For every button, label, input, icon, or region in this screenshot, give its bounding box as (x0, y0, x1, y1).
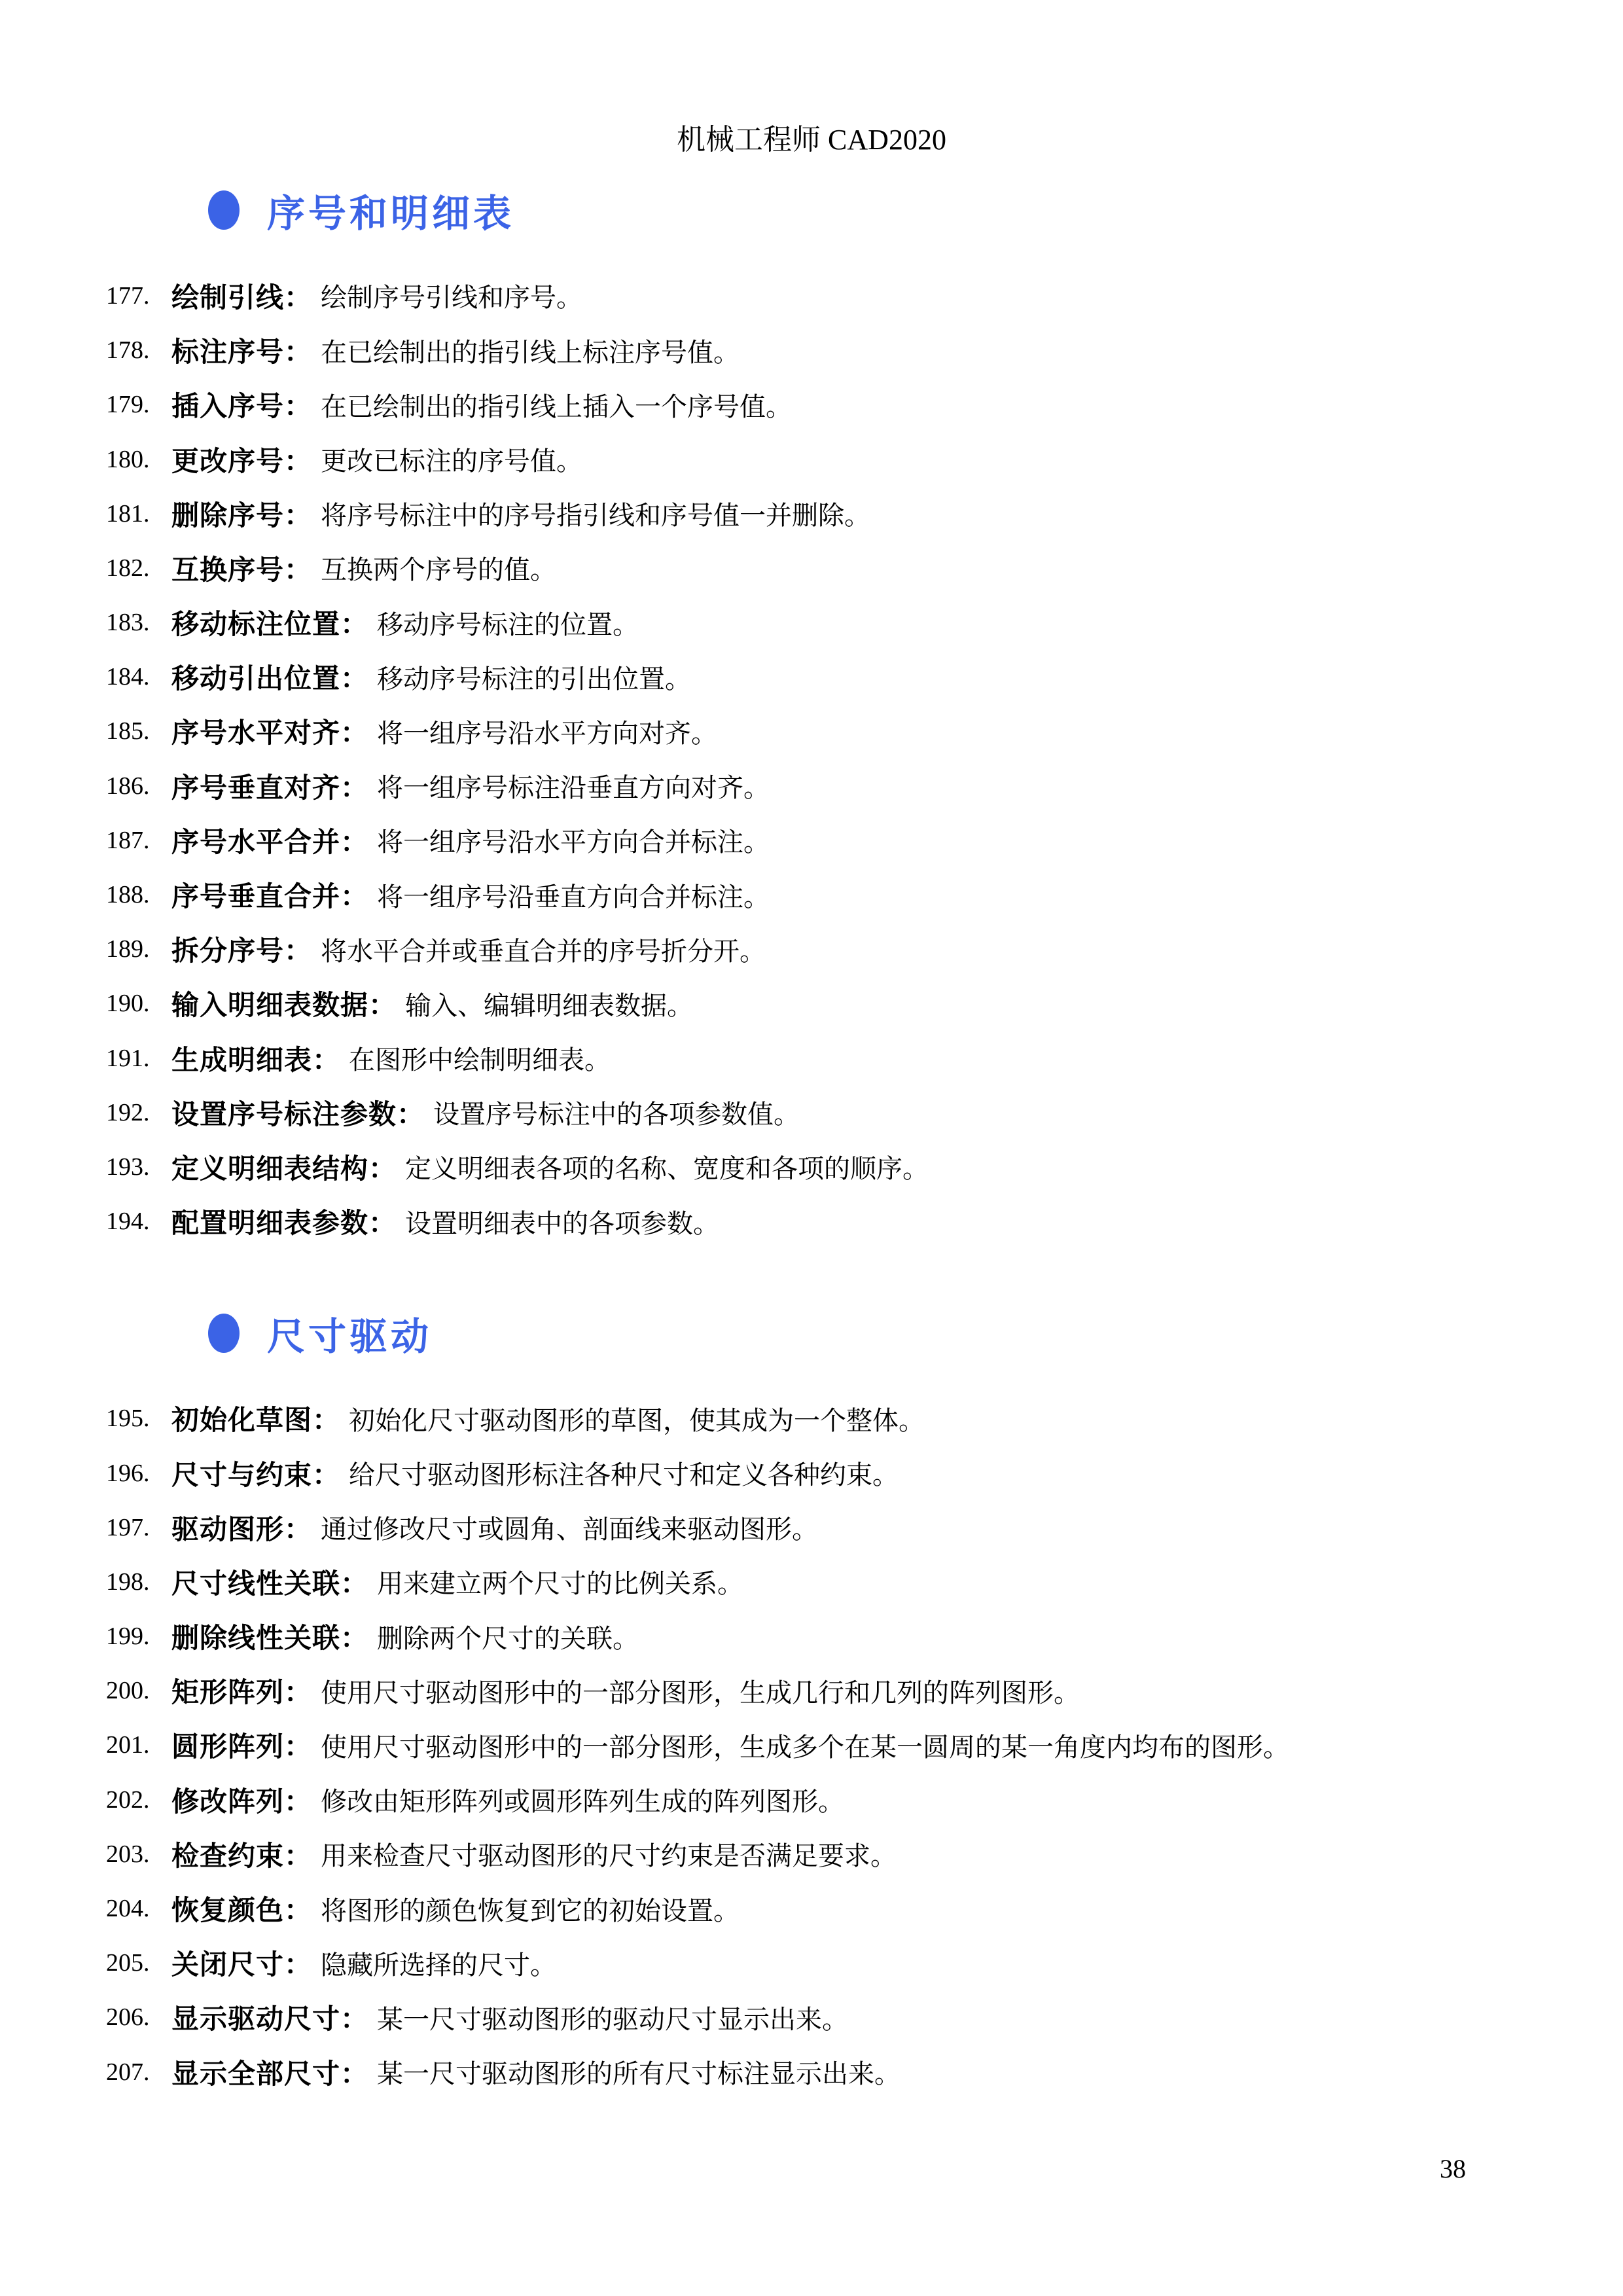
list-item: 197. 驱动图形 ： 通过修改尺寸或圆角、剖面线来驱动图形。 (106, 1500, 1623, 1554)
item-colon: ： (284, 1725, 312, 1765)
item-term: 修改阵列 (171, 1780, 284, 1820)
list-item: 202. 修改阵列 ： 修改由矩形阵列或圆形阵列生成的阵列图形。 (106, 1772, 1623, 1827)
item-colon: ： (340, 1617, 368, 1656)
item-list: 177. 绘制引线 ： 绘制序号引线和序号。 178. 标注序号 ： 在已绘制出… (106, 268, 1623, 1248)
item-number: 194. (106, 1207, 171, 1236)
item-term: 移动引出位置 (171, 657, 340, 696)
document-header: 机械工程师 CAD2020 (0, 0, 1623, 156)
list-item: 196. 尺寸与约束 ： 给尺寸驱动图形标注各种尺寸和定义各种约束。 (106, 1446, 1623, 1500)
item-description: 删除两个尺寸的关联。 (377, 1618, 639, 1655)
item-description: 修改由矩形阵列或圆形阵列生成的阵列图形。 (321, 1781, 844, 1818)
list-item: 185. 序号水平对齐 ： 将一组序号沿水平方向对齐。 (106, 704, 1623, 759)
item-colon: ： (340, 766, 368, 806)
list-item: 177. 绘制引线 ： 绘制序号引线和序号。 (106, 268, 1623, 323)
item-number: 178. (106, 336, 171, 365)
item-term: 定义明细表结构 (171, 1147, 368, 1187)
item-description: 隐藏所选择的尺寸。 (321, 1945, 556, 1982)
item-colon: ： (340, 657, 368, 696)
item-number: 180. (106, 445, 171, 474)
item-number: 195. (106, 1404, 171, 1433)
item-number: 205. (106, 1948, 171, 1977)
list-item: 190. 输入明细表数据 ： 输入、编辑明细表数据。 (106, 977, 1623, 1031)
item-description: 在已绘制出的指引线上标注序号值。 (321, 332, 740, 369)
list-item: 203. 检查约束 ： 用来检查尺寸驱动图形的尺寸约束是否满足要求。 (106, 1827, 1623, 1881)
item-term: 移动标注位置 (171, 603, 340, 642)
list-item: 184. 移动引出位置 ： 移动序号标注的引出位置。 (106, 650, 1623, 704)
item-colon: ： (284, 1835, 312, 1874)
item-description: 将一组序号标注沿垂直方向对齐。 (377, 767, 770, 804)
item-description: 某一尺寸驱动图形的驱动尺寸显示出来。 (377, 1999, 848, 2036)
item-number: 187. (106, 826, 171, 855)
item-colon: ： (312, 1399, 340, 1438)
item-colon: ： (368, 984, 396, 1023)
item-number: 198. (106, 1568, 171, 1596)
section-title: 序号和明细表 (267, 183, 514, 238)
section-bullet-icon (208, 190, 240, 230)
item-term: 更改序号 (171, 440, 284, 479)
item-term: 初始化草图 (171, 1399, 312, 1438)
item-colon: ： (340, 1562, 368, 1602)
item-term: 恢复颜色 (171, 1889, 284, 1928)
item-description: 某一尺寸驱动图形的所有尺寸标注显示出来。 (377, 2053, 901, 2090)
list-item: 199. 删除线性关联 ： 删除两个尺寸的关联。 (106, 1609, 1623, 1664)
item-description: 移动序号标注的引出位置。 (377, 658, 691, 696)
item-number: 199. (106, 1622, 171, 1651)
item-description: 将一组序号沿水平方向对齐。 (377, 713, 717, 750)
item-colon: ： (368, 1147, 396, 1187)
item-colon: ： (368, 1202, 396, 1241)
item-colon: ： (284, 440, 312, 479)
list-item: 178. 标注序号 ： 在已绘制出的指引线上标注序号值。 (106, 323, 1623, 378)
item-colon: ： (284, 276, 312, 315)
item-description: 使用尺寸驱动图形中的一部分图形，生成多个在某一圆周的某一角度内均布的图形。 (321, 1727, 1289, 1764)
list-item: 191. 生成明细表 ： 在图形中绘制明细表。 (106, 1031, 1623, 1085)
item-term: 序号垂直合并 (171, 875, 340, 914)
item-colon: ： (312, 1454, 340, 1493)
section-header: 尺寸驱动 (208, 1308, 1623, 1359)
item-term: 矩形阵列 (171, 1671, 284, 1710)
item-colon: ： (397, 1093, 424, 1132)
list-item: 188. 序号垂直合并 ： 将一组序号沿垂直方向合并标注。 (106, 867, 1623, 922)
item-description: 初始化尺寸驱动图形的草图，使其成为一个整体。 (349, 1400, 925, 1437)
list-item: 186. 序号垂直对齐 ： 将一组序号标注沿垂直方向对齐。 (106, 759, 1623, 813)
item-number: 204. (106, 1894, 171, 1923)
item-colon: ： (340, 875, 368, 914)
item-term: 互换序号 (171, 548, 284, 588)
item-number: 185. (106, 717, 171, 745)
item-number: 181. (106, 499, 171, 528)
item-number: 186. (106, 772, 171, 800)
item-description: 输入、编辑明细表数据。 (405, 985, 693, 1022)
section: 尺寸驱动 195. 初始化草图 ： 初始化尺寸驱动图形的草图，使其成为一个整体。… (0, 1308, 1623, 2099)
item-description: 将图形的颜色恢复到它的初始设置。 (321, 1890, 740, 1928)
list-item: 205. 关闭尺寸 ： 隐藏所选择的尺寸。 (106, 1936, 1623, 1990)
list-item: 207. 显示全部尺寸 ： 某一尺寸驱动图形的所有尺寸标注显示出来。 (106, 2045, 1623, 2099)
item-number: 177. (106, 281, 171, 310)
item-colon: ： (284, 1780, 312, 1820)
item-number: 193. (106, 1153, 171, 1181)
item-description: 将一组序号沿水平方向合并标注。 (377, 821, 770, 859)
item-term: 圆形阵列 (171, 1725, 284, 1765)
item-description: 定义明细表各项的名称、宽度和各项的顺序。 (405, 1148, 929, 1185)
item-colon: ： (284, 1943, 312, 1982)
item-colon: ： (312, 1039, 340, 1078)
item-colon: ： (340, 711, 368, 751)
item-term: 插入序号 (171, 385, 284, 424)
document-content: 序号和明细表 177. 绘制引线 ： 绘制序号引线和序号。 178. 标注序号 … (0, 185, 1623, 2099)
item-colon: ： (284, 385, 312, 424)
item-number: 182. (106, 554, 171, 583)
item-number: 197. (106, 1513, 171, 1542)
item-term: 尺寸线性关联 (171, 1562, 340, 1602)
item-term: 显示全部尺寸 (171, 2053, 340, 2092)
list-item: 180. 更改序号 ： 更改已标注的序号值。 (106, 432, 1623, 486)
item-term: 配置明细表参数 (171, 1202, 368, 1241)
item-colon: ： (284, 1671, 312, 1710)
item-term: 驱动图形 (171, 1508, 284, 1547)
list-item: 192. 设置序号标注参数 ： 设置序号标注中的各项参数值。 (106, 1085, 1623, 1139)
item-number: 201. (106, 1731, 171, 1759)
list-item: 193. 定义明细表结构 ： 定义明细表各项的名称、宽度和各项的顺序。 (106, 1139, 1623, 1194)
item-colon: ： (284, 494, 312, 533)
item-term: 删除序号 (171, 494, 284, 533)
item-colon: ： (340, 603, 368, 642)
item-number: 184. (106, 662, 171, 691)
list-item: 195. 初始化草图 ： 初始化尺寸驱动图形的草图，使其成为一个整体。 (106, 1391, 1623, 1446)
item-colon: ： (284, 1508, 312, 1547)
item-number: 188. (106, 880, 171, 909)
item-description: 在图形中绘制明细表。 (349, 1039, 611, 1077)
item-description: 用来检查尺寸驱动图形的尺寸约束是否满足要求。 (321, 1835, 897, 1873)
item-number: 202. (106, 1785, 171, 1814)
list-item: 201. 圆形阵列 ： 使用尺寸驱动图形中的一部分图形，生成多个在某一圆周的某一… (106, 1718, 1623, 1772)
item-number: 203. (106, 1840, 171, 1869)
list-item: 181. 删除序号 ： 将序号标注中的序号指引线和序号值一并删除。 (106, 486, 1623, 541)
item-number: 207. (106, 2058, 171, 2087)
item-description: 通过修改尺寸或圆角、剖面线来驱动图形。 (321, 1509, 818, 1546)
list-item: 194. 配置明细表参数 ： 设置明细表中的各项参数。 (106, 1194, 1623, 1249)
item-number: 179. (106, 390, 171, 419)
item-term: 显示驱动尺寸 (171, 1998, 340, 2037)
item-number: 196. (106, 1459, 171, 1488)
item-term: 设置序号标注参数 (171, 1093, 397, 1132)
item-term: 拆分序号 (171, 929, 284, 969)
list-item: 183. 移动标注位置 ： 移动序号标注的位置。 (106, 596, 1623, 650)
item-description: 更改已标注的序号值。 (321, 440, 582, 478)
item-description: 在已绘制出的指引线上插入一个序号值。 (321, 386, 792, 423)
item-term: 检查约束 (171, 1835, 284, 1874)
section-header: 序号和明细表 (208, 185, 1623, 236)
item-term: 输入明细表数据 (171, 984, 368, 1023)
list-item: 204. 恢复颜色 ： 将图形的颜色恢复到它的初始设置。 (106, 1881, 1623, 1935)
item-term: 尺寸与约束 (171, 1454, 312, 1493)
list-item: 187. 序号水平合并 ： 将一组序号沿水平方向合并标注。 (106, 813, 1623, 867)
item-description: 将序号标注中的序号指引线和序号值一并删除。 (321, 495, 870, 532)
item-description: 设置明细表中的各项参数。 (405, 1203, 719, 1240)
list-item: 200. 矩形阵列 ： 使用尺寸驱动图形中的一部分图形，生成几行和几列的阵列图形… (106, 1664, 1623, 1718)
document-page: 机械工程师 CAD2020 序号和明细表 177. 绘制引线 ： 绘制序号引线和… (0, 0, 1623, 2296)
item-number: 190. (106, 989, 171, 1018)
item-colon: ： (340, 1998, 368, 2037)
item-colon: ： (340, 821, 368, 860)
item-colon: ： (284, 548, 312, 588)
item-number: 183. (106, 608, 171, 637)
item-description: 设置序号标注中的各项参数值。 (433, 1094, 800, 1131)
item-term: 序号垂直对齐 (171, 766, 340, 806)
item-number: 200. (106, 1676, 171, 1705)
item-number: 189. (106, 935, 171, 963)
item-number: 192. (106, 1098, 171, 1127)
item-colon: ： (284, 331, 312, 370)
item-term: 标注序号 (171, 331, 284, 370)
list-item: 182. 互换序号 ： 互换两个序号的值。 (106, 541, 1623, 595)
section-title: 尺寸驱动 (267, 1306, 432, 1361)
item-number: 206. (106, 2003, 171, 2032)
page-number: 38 (1440, 2153, 1466, 2184)
item-description: 将一组序号沿垂直方向合并标注。 (377, 876, 770, 914)
item-colon: ： (284, 1889, 312, 1928)
item-colon: ： (284, 929, 312, 969)
list-item: 179. 插入序号 ： 在已绘制出的指引线上插入一个序号值。 (106, 378, 1623, 432)
item-term: 生成明细表 (171, 1039, 312, 1078)
item-term: 序号水平对齐 (171, 711, 340, 751)
item-number: 191. (106, 1044, 171, 1073)
item-term: 绘制引线 (171, 276, 284, 315)
item-list: 195. 初始化草图 ： 初始化尺寸驱动图形的草图，使其成为一个整体。 196.… (106, 1391, 1623, 2099)
item-term: 删除线性关联 (171, 1617, 340, 1656)
list-item: 198. 尺寸线性关联 ： 用来建立两个尺寸的比例关系。 (106, 1554, 1623, 1609)
item-term: 关闭尺寸 (171, 1943, 284, 1982)
item-description: 给尺寸驱动图形标注各种尺寸和定义各种约束。 (349, 1454, 899, 1492)
item-description: 将水平合并或垂直合并的序号折分开。 (321, 931, 766, 968)
item-description: 使用尺寸驱动图形中的一部分图形，生成几行和几列的阵列图形。 (321, 1672, 1080, 1710)
item-description: 绘制序号引线和序号。 (321, 277, 582, 314)
section: 序号和明细表 177. 绘制引线 ： 绘制序号引线和序号。 178. 标注序号 … (0, 185, 1623, 1248)
item-description: 用来建立两个尺寸的比例关系。 (377, 1563, 743, 1600)
item-description: 互换两个序号的值。 (321, 549, 556, 586)
list-item: 206. 显示驱动尺寸 ： 某一尺寸驱动图形的驱动尺寸显示出来。 (106, 1990, 1623, 2045)
list-item: 189. 拆分序号 ： 将水平合并或垂直合并的序号折分开。 (106, 922, 1623, 977)
item-term: 序号水平合并 (171, 821, 340, 860)
item-colon: ： (340, 2053, 368, 2092)
section-bullet-icon (208, 1314, 240, 1353)
item-description: 移动序号标注的位置。 (377, 604, 639, 641)
